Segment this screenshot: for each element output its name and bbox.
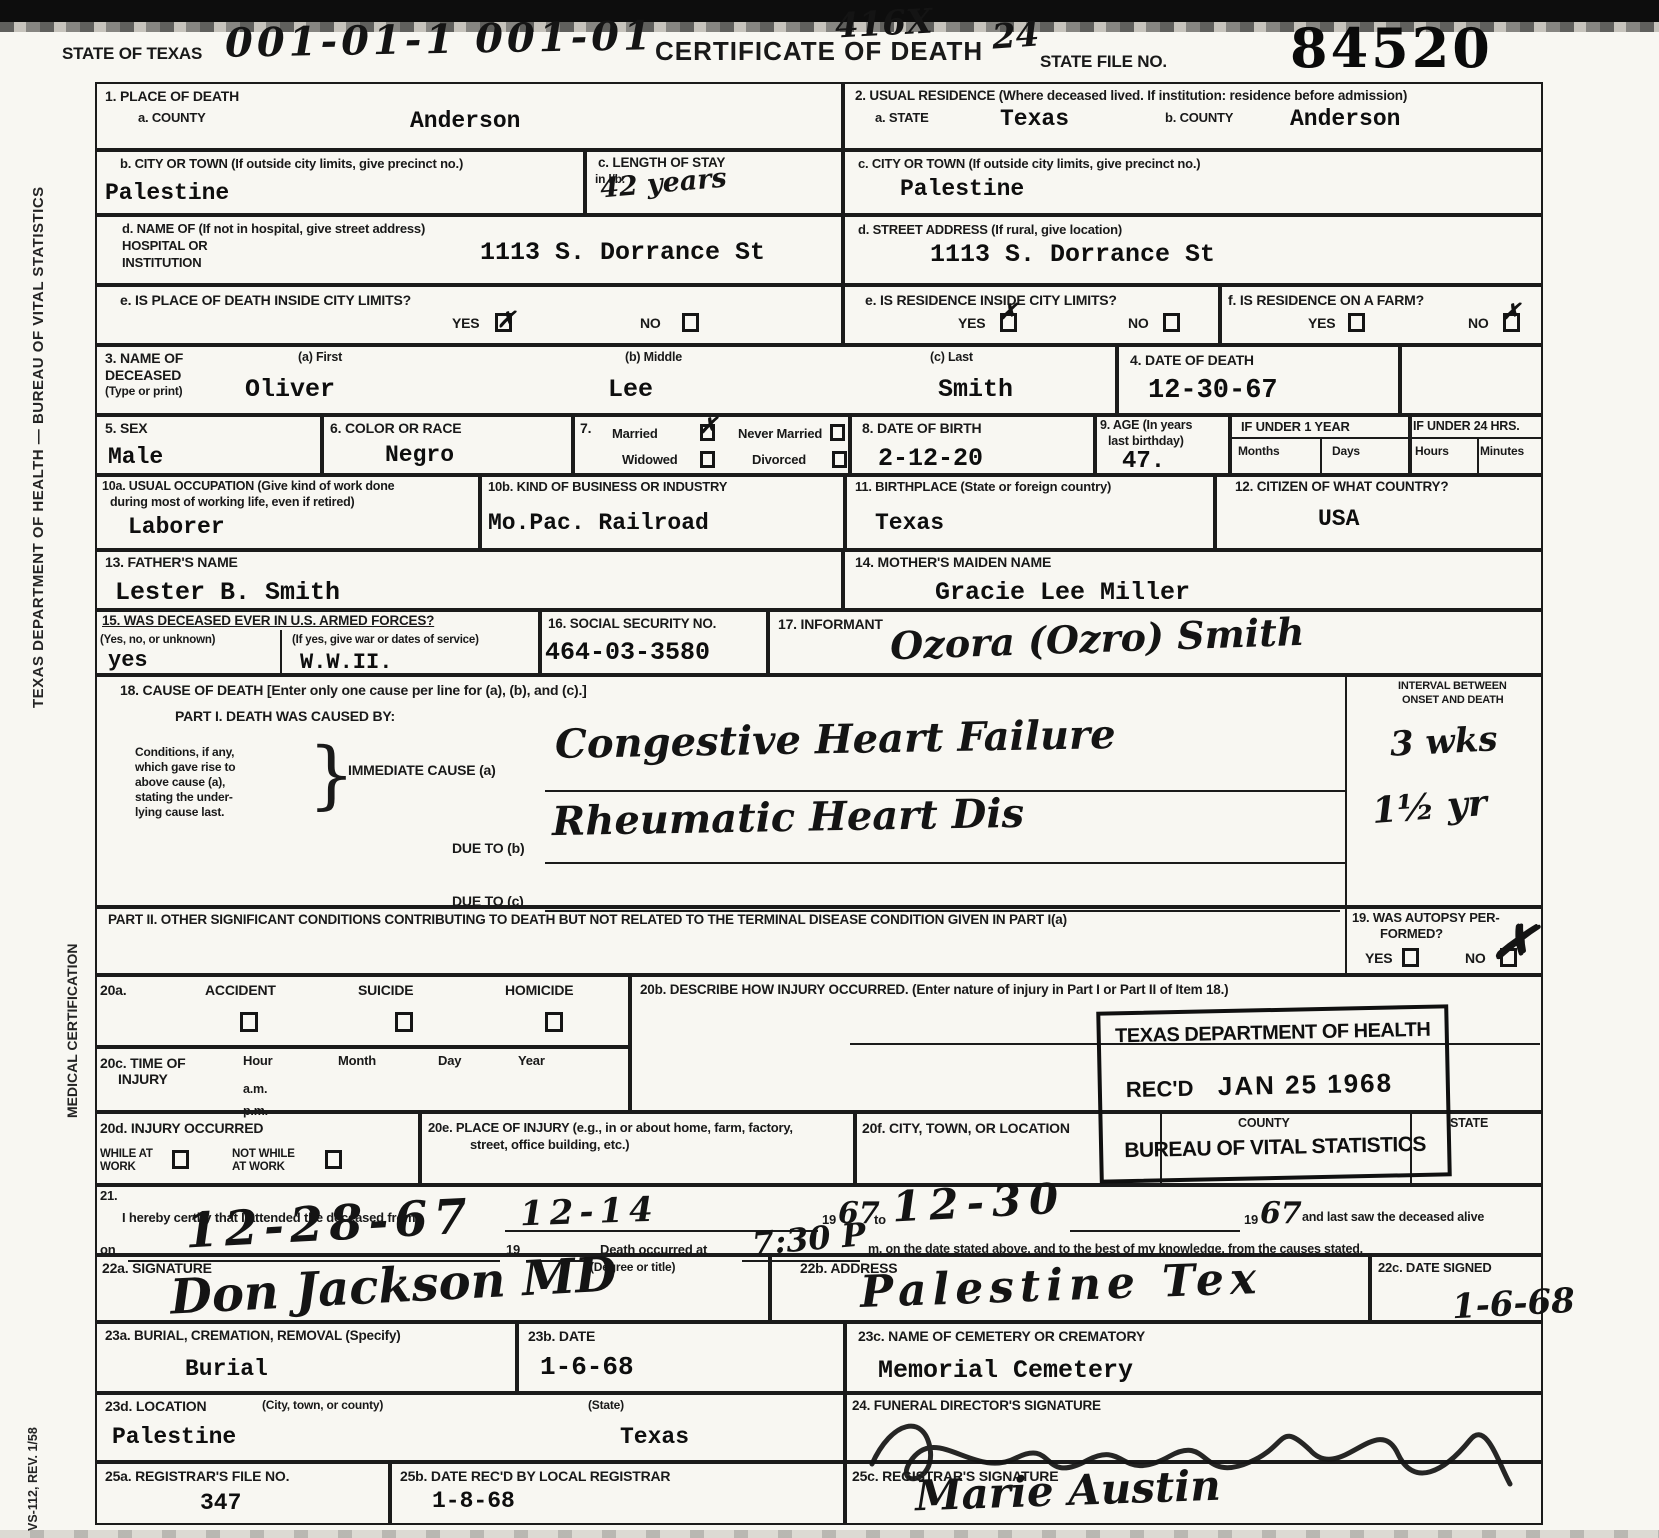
margin-form-rev: VS-112, REV. 1/58 xyxy=(26,1386,40,1531)
sec19-label2: FORMED? xyxy=(1380,926,1443,941)
sec4-label: 4. DATE OF DEATH xyxy=(1130,352,1254,368)
sec9-hours-label: Hours xyxy=(1415,444,1449,458)
sec2-county-label: b. COUNTY xyxy=(1165,110,1233,125)
sec16-value: 464-03-3580 xyxy=(545,638,710,667)
sec14-label: 14. MOTHER'S MAIDEN NAME xyxy=(855,554,1051,570)
sec25a-label: 25a. REGISTRAR'S FILE NO. xyxy=(105,1468,289,1484)
sec9-label1: 9. AGE (In years xyxy=(1100,418,1192,432)
sec23a-label: 23a. BURIAL, CREMATION, REMOVAL (Specify… xyxy=(105,1328,401,1343)
sec16-label: 16. SOCIAL SECURITY NO. xyxy=(548,616,716,631)
sec3-first-value: Oliver xyxy=(245,375,335,404)
sec18-immediate-value: Congestive Heart Failure xyxy=(555,711,1116,768)
sec20f-state-label: STATE xyxy=(1450,1116,1488,1130)
sec7-divorced-label: Divorced xyxy=(752,452,806,467)
sec20c-month-label: Month xyxy=(338,1053,376,1068)
sec18-part2: PART II. OTHER SIGNIFICANT CONDITIONS CO… xyxy=(108,912,1067,927)
death-certificate-scan: TEXAS DEPARTMENT OF HEALTH — BUREAU OF V… xyxy=(0,0,1659,1538)
sec7-never-label: Never Married xyxy=(738,426,822,441)
sec25a-value: 347 xyxy=(200,1490,241,1516)
sec10a-value: Laborer xyxy=(128,514,225,540)
sec20a-accident-checkbox xyxy=(240,1012,258,1032)
sec21-to-line xyxy=(1070,1230,1240,1232)
sec2-limits-label: e. IS RESIDENCE INSIDE CITY LIMITS? xyxy=(865,292,1117,308)
sec1-hospital-value: 1113 S. Dorrance St xyxy=(480,238,765,267)
sec20d-while2: WORK xyxy=(100,1161,136,1173)
sec20d-not2: AT WORK xyxy=(232,1161,285,1173)
sec2-farm-no-checkbox: ✗ xyxy=(1503,313,1520,332)
armed-forces-divider xyxy=(280,630,282,675)
sec23d-sub1: (City, town, or county) xyxy=(262,1398,383,1412)
sec10a-label2: during most of working life, even if ret… xyxy=(110,495,355,509)
sec21-to-value: 12-30 xyxy=(891,1173,1068,1231)
sec14-value: Gracie Lee Miller xyxy=(935,578,1190,607)
sec9-value: 47. xyxy=(1122,448,1165,475)
sec1-city-label: b. CITY OR TOWN (If outside city limits,… xyxy=(120,156,463,171)
sec1-hospital-label3: INSTITUTION xyxy=(122,255,201,270)
sec18-note3: above cause (a), xyxy=(135,775,225,789)
margin-medical-title: MEDICAL CERTIFICATION xyxy=(64,878,80,1118)
sec19-yes-label: YES xyxy=(1365,950,1392,966)
sec21-yr2-handwritten: 67 xyxy=(1260,1196,1302,1231)
sec20a-suicide-checkbox xyxy=(395,1012,413,1032)
sec5-value: Male xyxy=(108,444,163,470)
sec1-city-value: Palestine xyxy=(105,180,229,206)
sec2-state-label: a. STATE xyxy=(875,110,929,125)
sec8-label: 8. DATE OF BIRTH xyxy=(862,420,981,436)
received-stamp: TEXAS DEPARTMENT OF HEALTH REC'D JAN 25 … xyxy=(1096,1004,1452,1183)
sec9-under24-label: IF UNDER 24 HRS. xyxy=(1413,419,1520,433)
sec2-farm-yes-label: YES xyxy=(1308,315,1335,331)
sec3-middle-label: (b) Middle xyxy=(625,350,682,364)
sec18-due-b-label: DUE TO (b) xyxy=(452,840,524,856)
sec20d-while-checkbox xyxy=(172,1150,189,1169)
sec1-county-value: Anderson xyxy=(410,108,520,134)
sec18-note2: which gave rise to xyxy=(135,760,235,774)
state-file-number: 84520 xyxy=(1290,16,1493,80)
sec18-immediate-label: IMMEDIATE CAUSE (a) xyxy=(348,762,496,778)
sec20a-accident-label: ACCIDENT xyxy=(205,982,276,998)
sec20f-label: 20f. CITY, TOWN, OR LOCATION xyxy=(862,1120,1070,1136)
sec23c-label: 23c. NAME OF CEMETERY OR CREMATORY xyxy=(858,1328,1145,1344)
sec18-line-b xyxy=(545,862,1345,864)
sec1-yes-mark: ✗ xyxy=(497,307,515,333)
sec1-yes-checkbox: ✗ xyxy=(495,313,512,332)
sec15-label: 15. WAS DECEASED EVER IN U.S. ARMED FORC… xyxy=(102,613,434,628)
sec20a-homicide-label: HOMICIDE xyxy=(505,982,573,998)
sec18-interval-a-value: 3 wks xyxy=(1389,719,1498,765)
sec2-farm-yes-checkbox xyxy=(1348,313,1365,332)
sec12-label: 12. CITIZEN OF WHAT COUNTRY? xyxy=(1235,479,1448,494)
sec12-value: USA xyxy=(1318,506,1359,532)
sec1-limits-label: e. IS PLACE OF DEATH INSIDE CITY LIMITS? xyxy=(120,292,411,308)
sec20a-homicide-checkbox xyxy=(545,1012,563,1032)
sec13-label: 13. FATHER'S NAME xyxy=(105,554,238,570)
sec2-limits-yes-checkbox: ✗ xyxy=(1000,313,1017,332)
header-handwritten-24: 24 xyxy=(991,14,1041,57)
sec7-widowed-checkbox xyxy=(700,451,715,468)
sec3-last-label: (c) Last xyxy=(930,350,973,364)
sec2-farm-no-mark: ✗ xyxy=(1502,299,1520,325)
sec25b-label: 25b. DATE REC'D BY LOCAL REGISTRAR xyxy=(400,1468,670,1484)
sec8-value: 2-12-20 xyxy=(878,444,983,473)
sec9-label2: last birthday) xyxy=(1108,434,1184,448)
sec20c-day-label: Day xyxy=(438,1053,461,1068)
under1-divider xyxy=(1320,437,1322,475)
sec2-farm-label: f. IS RESIDENCE ON A FARM? xyxy=(1228,292,1424,308)
sec18-note5: lying cause last. xyxy=(135,805,224,819)
header-state-label: STATE OF TEXAS xyxy=(62,44,202,64)
sec20c-hour-label: Hour xyxy=(243,1053,273,1068)
sec1-hospital-label1: d. NAME OF (If not in hospital, give str… xyxy=(122,221,425,236)
sec21-from-value: 12-14 xyxy=(519,1190,659,1235)
sec23a-value: Burial xyxy=(185,1356,268,1382)
sec20d-not-checkbox xyxy=(325,1150,342,1169)
under24-divider xyxy=(1477,437,1479,475)
sec20e-label1: 20e. PLACE OF INJURY (e.g., in or about … xyxy=(428,1120,793,1135)
sec20c-am-label: a.m. xyxy=(243,1082,267,1096)
page-title: CERTIFICATE OF DEATH xyxy=(655,36,983,67)
sec19-no-label: NO xyxy=(1465,950,1486,966)
sec4-value: 12-30-67 xyxy=(1148,376,1278,406)
sec3-last-value: Smith xyxy=(938,375,1013,404)
sec10b-value: Mo.Pac. Railroad xyxy=(488,510,709,536)
sec18-note1: Conditions, if any, xyxy=(135,745,234,759)
header-handwritten-code: 001-01-1 001-01 xyxy=(225,12,656,66)
sec2-limits-yes-label: YES xyxy=(958,315,985,331)
sec22c-date-value: 1-6-68 xyxy=(1451,1281,1576,1327)
sec20c-label2: INJURY xyxy=(118,1071,168,1087)
sec9-months-label: Months xyxy=(1238,444,1279,458)
sec18-note4: stating the under- xyxy=(135,790,233,804)
sec11-value: Texas xyxy=(875,510,944,536)
state-file-no-label: STATE FILE NO. xyxy=(1040,52,1167,72)
sec10b-label: 10b. KIND OF BUSINESS OR INDUSTRY xyxy=(488,479,727,494)
sec7-never-checkbox xyxy=(830,424,845,441)
sec10a-label1: 10a. USUAL OCCUPATION (Give kind of work… xyxy=(102,479,394,493)
sec22c-label: 22c. DATE SIGNED xyxy=(1378,1260,1492,1275)
sec2-street-label: d. STREET ADDRESS (If rural, give locati… xyxy=(858,222,1122,237)
sec7-married-mark: ✗ xyxy=(699,413,717,439)
sec21-certify3: m. on the date stated above, and to the … xyxy=(868,1242,1363,1256)
sec20c-year-label: Year xyxy=(518,1053,545,1068)
sec3-middle-value: Lee xyxy=(608,375,653,404)
sec23b-value: 1-6-68 xyxy=(540,1352,634,1382)
sec7-married-label: Married xyxy=(612,426,658,441)
sec18-interval-label1: INTERVAL BETWEEN xyxy=(1398,680,1507,692)
sec18-due-b-value: Rheumatic Heart Dis xyxy=(552,790,1025,845)
sec23d-state-value: Texas xyxy=(620,1424,689,1450)
sec20d-while1: WHILE AT xyxy=(100,1148,153,1160)
stamp-line3: BUREAU OF VITAL STATISTICS xyxy=(1103,1132,1447,1163)
sec1-yes-label: YES xyxy=(452,315,479,331)
sec3-title2: DECEASED xyxy=(105,367,181,383)
sec2-farm-no-label: NO xyxy=(1468,315,1489,331)
header-handwritten-416x: 416X xyxy=(834,1,933,46)
sec7-widowed-label: Widowed xyxy=(622,452,678,467)
sec21-num: 21. xyxy=(100,1188,117,1203)
sec25b-value: 1-8-68 xyxy=(432,1488,515,1514)
sec2-limits-yes-mark: ✗ xyxy=(999,299,1017,325)
sec15-value2: W.W.II. xyxy=(300,650,392,675)
sec1-title: 1. PLACE OF DEATH xyxy=(105,88,239,104)
sec15-value1: yes xyxy=(108,648,148,673)
sec23d-city-value: Palestine xyxy=(112,1424,236,1450)
sec21-certify2: and last saw the deceased alive xyxy=(1302,1210,1484,1224)
sec18-interval-b-value: 1½ yr xyxy=(1371,782,1489,832)
stamp-date: JAN 25 1968 xyxy=(1218,1068,1394,1103)
sec2-street-value: 1113 S. Dorrance St xyxy=(930,240,1215,269)
sec1-no-checkbox xyxy=(682,313,699,332)
sec20a-suicide-label: SUICIDE xyxy=(358,982,413,998)
sec23b-label: 23b. DATE xyxy=(528,1328,595,1344)
sec3-title1: 3. NAME OF xyxy=(105,350,183,366)
sec23d-label: 23d. LOCATION xyxy=(105,1398,206,1414)
sec20c-pm-label: p.m. xyxy=(243,1104,268,1118)
sec19-no-mark: ✗ xyxy=(1488,909,1540,975)
sec17-label: 17. INFORMANT xyxy=(778,616,883,632)
sec18-part1: PART I. DEATH WAS CAUSED BY: xyxy=(175,708,395,724)
stamp-recd-label: REC'D xyxy=(1126,1076,1194,1103)
sec20a-num: 20a. xyxy=(100,982,126,998)
cell-row5-spare xyxy=(1400,345,1543,415)
sec21-to-label: to xyxy=(874,1212,886,1227)
sec7-divorced-checkbox xyxy=(832,451,847,468)
sec18-interval-label2: ONSET AND DEATH xyxy=(1402,694,1504,706)
sec9-minutes-label: Minutes xyxy=(1480,444,1524,458)
sec2-county-value: Anderson xyxy=(1290,106,1400,132)
sec9-days-label: Days xyxy=(1332,444,1360,458)
sec6-value: Negro xyxy=(385,442,454,468)
sec3-title3: (Type or print) xyxy=(105,384,182,398)
sec20b-label: 20b. DESCRIBE HOW INJURY OCCURRED. (Ente… xyxy=(640,982,1228,997)
sec1-hospital-label2: HOSPITAL OR xyxy=(122,238,207,253)
sec2-limits-no-checkbox xyxy=(1163,313,1180,332)
sec2-limits-no-label: NO xyxy=(1128,315,1149,331)
sec20c-label1: 20c. TIME OF xyxy=(100,1055,186,1071)
scan-bottom-noise xyxy=(0,1530,1659,1538)
sec7-label: 7. xyxy=(580,420,591,436)
sec19-label1: 19. WAS AUTOPSY PER- xyxy=(1352,910,1499,925)
sec20e-label2: street, office building, etc.) xyxy=(470,1137,629,1152)
sec23d-sub2: (State) xyxy=(588,1398,624,1412)
sec1-county-label: a. COUNTY xyxy=(138,110,206,125)
sec2-state-value: Texas xyxy=(1000,106,1069,132)
sec18-title: 18. CAUSE OF DEATH [Enter only one cause… xyxy=(120,682,587,698)
sec5-label: 5. SEX xyxy=(105,420,147,436)
sec11-label: 11. BIRTHPLACE (State or foreign country… xyxy=(855,479,1111,494)
sec18-due-c-label: DUE TO (c) xyxy=(452,893,524,909)
sec20d-not1: NOT WHILE xyxy=(232,1148,295,1160)
sec7-married-checkbox: ✗ xyxy=(700,424,715,441)
sec23c-value: Memorial Cemetery xyxy=(878,1356,1133,1385)
sec21-yr2-label: 19 xyxy=(1244,1212,1258,1227)
sec2-title: 2. USUAL RESIDENCE (Where deceased lived… xyxy=(855,88,1407,103)
margin-dept-title: TEXAS DEPARTMENT OF HEALTH — BUREAU OF V… xyxy=(30,268,47,708)
sec6-label: 6. COLOR OR RACE xyxy=(330,420,461,436)
sec2-city-value: Palestine xyxy=(900,176,1024,202)
sec1-no-label: NO xyxy=(640,315,661,331)
sec21-on-label: on xyxy=(100,1242,115,1257)
sec20d-label: 20d. INJURY OCCURRED xyxy=(100,1120,263,1136)
sec15-sub2: (If yes, give war or dates of service) xyxy=(292,634,479,646)
sec3-first-label: (a) First xyxy=(298,350,342,364)
stamp-line1: TEXAS DEPARTMENT OF HEALTH xyxy=(1101,1018,1445,1048)
sec2-city-label: c. CITY OR TOWN (If outside city limits,… xyxy=(858,156,1200,171)
sec19-yes-checkbox xyxy=(1402,948,1419,967)
sec9-under1-label: IF UNDER 1 YEAR xyxy=(1241,419,1350,434)
sec15-sub1: (Yes, no, or unknown) xyxy=(100,634,215,646)
sec13-value: Lester B. Smith xyxy=(115,578,340,607)
sec21-death-at-label: Death occurred at xyxy=(600,1242,707,1257)
